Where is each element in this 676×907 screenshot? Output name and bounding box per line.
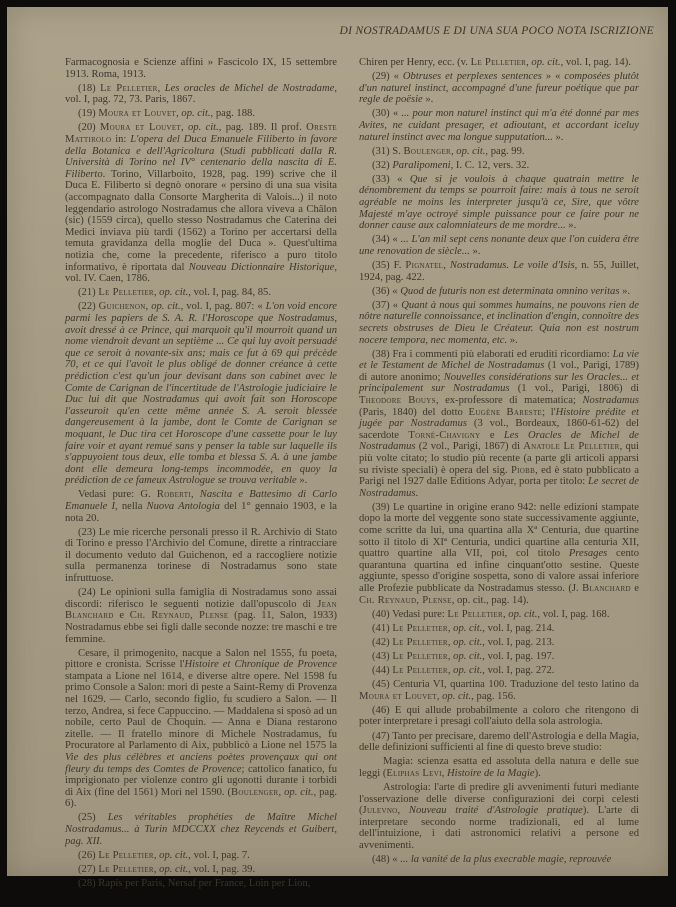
- text: Vedasi pure: G.: [78, 489, 157, 500]
- text: » «: [542, 71, 565, 82]
- author-name: Le Pelletier: [392, 637, 448, 648]
- text: (21): [78, 287, 98, 298]
- italic-text: Quod de futuris non est determinata omni…: [400, 286, 619, 297]
- footnote: (40) Vedasi pure: Le Pelletier, op. cit.…: [359, 609, 639, 621]
- italic-text: op. cit.: [453, 665, 482, 676]
- author-name: Le Pelletier: [392, 665, 448, 676]
- text: . Torino, Villarboito, 1928, pag. 199) s…: [65, 169, 337, 273]
- text: ,: [191, 489, 200, 500]
- footnote: (42) Le Pelletier, op. cit., vol. I, pag…: [359, 637, 639, 649]
- footnote: (23) Le mie ricerche personali presso il…: [65, 527, 337, 585]
- text: Farmacognosia e Scienze affini » Fascico…: [65, 57, 337, 80]
- footnote: (19) Moura et Louvet, op. cit., pag. 188…: [65, 108, 337, 120]
- author-name: Boulenger: [231, 787, 278, 798]
- author-name: Ch. Reynaud, Plense: [359, 595, 452, 606]
- running-head: Di Nostradamus e di una sua poco nota is…: [340, 25, 654, 37]
- author-name: Le Pelletier: [392, 651, 448, 662]
- text: (36) «: [372, 286, 400, 297]
- footnote: Magia: scienza esatta ed assoluta della …: [359, 756, 639, 779]
- text: ».: [553, 132, 564, 143]
- text: , nella: [115, 501, 147, 512]
- author-name: Eliphas Levi: [386, 768, 441, 779]
- text: (24) Le opinioni sulla famiglia di Nostr…: [65, 587, 337, 610]
- text: (32): [372, 160, 392, 171]
- text: (2 vol., Parigi, 1867) di: [416, 441, 524, 452]
- italic-text: op. cit.: [453, 637, 482, 648]
- footnote: (48) « ... la vanité de la plus execrabl…: [359, 854, 639, 866]
- author-name: Moura et Louvet: [359, 691, 437, 702]
- footnote: (20) Moura et Louvet, op. cit., pag. 189…: [65, 122, 337, 284]
- text: e: [631, 583, 639, 594]
- footnotes-right-column: Chiren per Henry, ecc. (v. Le Pelletier,…: [359, 57, 639, 868]
- italic-text: ... la vanité de la plus execrable magie…: [400, 854, 611, 865]
- footnote: (31) S. Boulenger, op. cit., pag. 99.: [359, 146, 639, 158]
- italic-text: Histoire de la Magie: [447, 768, 535, 779]
- text: ).: [535, 768, 541, 779]
- italic-text: Les oracles de Michel de Nostradame: [165, 83, 335, 94]
- text: , I. C. 12, vers. 32.: [451, 160, 530, 171]
- italic-text: op. cit.: [508, 609, 537, 620]
- author-name: Le Pelletier: [392, 623, 448, 634]
- text: (31) S.: [372, 146, 404, 157]
- text: ».: [470, 246, 481, 257]
- author-name: Le Pelletier: [447, 609, 503, 620]
- text: ».: [423, 94, 434, 105]
- text: , op. cit., pag. 14).: [452, 595, 529, 606]
- text: (30) «: [372, 108, 401, 119]
- text: (: [214, 146, 223, 157]
- footnote: (47) Tanto per precisare, daremo dell'As…: [359, 731, 639, 754]
- footnote: (44) Le Pelletier, op. cit., vol. I, pag…: [359, 665, 639, 677]
- text: (37) «: [372, 300, 401, 311]
- text: , vol. I, pag. 272.: [482, 665, 554, 676]
- text: in:: [111, 134, 130, 145]
- italic-text: ... L'an mil sept cens nonante deux que …: [359, 234, 639, 257]
- text: , vol. I, pag. 214.: [482, 623, 554, 634]
- footnote: (33) « Que si je voulois à chaque quatra…: [359, 174, 639, 232]
- author-name: Le Pelletier: [98, 287, 154, 298]
- text: (20): [78, 122, 100, 133]
- text: (Paris, 1840) del dotto: [359, 407, 469, 418]
- author-name: Boulenger: [404, 146, 451, 157]
- text: (35) F.: [372, 260, 405, 271]
- text: (18): [78, 83, 100, 94]
- text: , pag. 188.: [211, 108, 255, 119]
- text: (29) «: [372, 71, 403, 82]
- italic-text: op. cit.: [159, 850, 188, 861]
- text: (44): [372, 665, 392, 676]
- text: (19): [78, 108, 98, 119]
- text: , pag. 156.: [471, 691, 515, 702]
- text: , ex-professore di matematica;: [436, 395, 583, 406]
- author-name: Roberti: [157, 489, 191, 500]
- footnote: (25) Les véritables prophéties de Maître…: [65, 812, 337, 847]
- text: , vol. I, pag. 14).: [561, 57, 631, 68]
- footnote: Cesare, il primogenito, nacque a Salon n…: [65, 648, 337, 810]
- text: (38) Fra i commenti più elaborati ed eru…: [372, 349, 613, 360]
- author-name: Le Pelletier: [471, 57, 527, 68]
- footnote: (36) « Quod de futuris non est determina…: [359, 286, 639, 298]
- italic-text: Paralipomeni: [392, 160, 450, 171]
- author-name: Le Pelletier: [100, 83, 157, 94]
- text: , vol. I, pag. 84, 85.: [188, 287, 271, 298]
- footnote: (29) « Obtruses et perplexes sentences »…: [359, 71, 639, 106]
- text: ,: [181, 122, 188, 133]
- italic-text: Presages: [569, 548, 607, 559]
- footnote: (35) F. Pignatel, Nostradamus. Le voile …: [359, 260, 639, 283]
- footnote: Farmacognosia e Scienze affini » Fascico…: [65, 57, 337, 80]
- author-name: Ch. Reynaud, Plense: [130, 610, 229, 621]
- italic-text: Nuova Antologia: [147, 501, 220, 512]
- italic-text: Nostradamus. Le voile d'Isis: [450, 260, 575, 271]
- footnote: (27) Le Pelletier, op. cit., vol. I, pag…: [65, 864, 337, 876]
- text: , vol. I, pag. 7.: [188, 850, 250, 861]
- text: , pag. 99.: [485, 146, 524, 157]
- text: (46) E qui allude probabilmente a coloro…: [359, 705, 639, 728]
- author-name: Moura et Louvet: [100, 122, 181, 133]
- italic-text: op. cit.: [453, 651, 482, 662]
- text: (33) «: [372, 174, 410, 185]
- footnote: (34) « ... L'an mil sept cens nonante de…: [359, 234, 639, 257]
- italic-text: op. cit.: [453, 623, 482, 634]
- author-name: Theodore Bouys: [359, 395, 436, 406]
- author-name: Eugène Bareste: [469, 407, 543, 418]
- text: , vol. I, pag. 39.: [188, 864, 255, 875]
- text: (28) Rapis per Paris, Nersaf per France,…: [78, 878, 310, 889]
- italic-text: L'on void encore parmi les papiers de S.…: [65, 301, 337, 486]
- text: ,: [398, 805, 409, 816]
- author-name: Julevno: [363, 805, 398, 816]
- italic-text: ... pour mon naturel instinct qui m'a ét…: [359, 108, 639, 142]
- footnote: (37) « Quant à nous qui sommes humains, …: [359, 300, 639, 346]
- italic-text: op. cit.: [531, 57, 560, 68]
- text: .: [416, 488, 419, 499]
- footnote: Chiren per Henry, ecc. (v. Le Pelletier,…: [359, 57, 639, 69]
- italic-text: op. cit.: [456, 146, 485, 157]
- italic-text: Histoire et Chronique de Provence: [184, 659, 337, 670]
- italic-text: op. cit.: [159, 287, 188, 298]
- text: stampata a Lione nel 1614, e diverse alt…: [65, 671, 337, 752]
- text: (45) Centuria VI, quartina 100. Traduzio…: [372, 679, 639, 690]
- text: , vol. I, pag. 168.: [537, 609, 609, 620]
- text: (1 vol., Parigi, 1806) di: [510, 383, 639, 394]
- text: ».: [566, 220, 577, 231]
- text: (48) «: [372, 854, 400, 865]
- text: (26): [78, 850, 98, 861]
- footnote: (21) Le Pelletier, op. cit., vol. I, pag…: [65, 287, 337, 299]
- italic-text: op. cit.: [442, 691, 471, 702]
- footnote: (38) Fra i commenti più elaborati ed eru…: [359, 349, 639, 500]
- footnote: (45) Centuria VI, quartina 100. Traduzio…: [359, 679, 639, 702]
- text: ; l': [542, 407, 555, 418]
- text: ».: [619, 286, 630, 297]
- footnote: (46) E qui allude probabilmente a coloro…: [359, 705, 639, 728]
- text: e: [480, 430, 503, 441]
- text: ,: [443, 260, 450, 271]
- footnote: (28) Rapis per Paris, Nersaf per France,…: [65, 878, 337, 890]
- text: ,: [158, 83, 165, 94]
- text: (43): [372, 651, 392, 662]
- author-name: Le Pelletier: [98, 850, 154, 861]
- text: (25): [78, 812, 108, 823]
- author-name: Pignatel: [405, 260, 443, 271]
- text: , vol. I, pag. 213.: [482, 637, 554, 648]
- author-name: Blanchard: [582, 583, 631, 594]
- text: (22): [78, 301, 99, 312]
- text: e: [114, 610, 130, 621]
- text: (23) Le mie ricerche personali presso il…: [65, 527, 337, 584]
- author-name: Anatole Le Pelletier: [523, 441, 619, 452]
- italic-text: op. cit.: [151, 301, 180, 312]
- footnote: Vedasi pure: G. Roberti, Nascita e Batte…: [65, 489, 337, 524]
- italic-text: op. cit.: [188, 122, 219, 133]
- footnote: (43) Le Pelletier, op. cit., vol. I, pag…: [359, 651, 639, 663]
- footnote: (24) Le opinioni sulla famiglia di Nostr…: [65, 587, 337, 645]
- footnote: (18) Le Pelletier, Les oracles de Michel…: [65, 83, 337, 106]
- text: (47) Tanto per precisare, daremo dell'As…: [359, 731, 639, 754]
- footnotes-left-column: Farmacognosia e Scienze affini » Fascico…: [65, 57, 337, 892]
- text: (27): [78, 864, 98, 875]
- italic-text: Nouveau Dictionnaire Historique: [189, 262, 335, 273]
- italic-text: Nostradamus: [582, 395, 639, 406]
- text: (42): [372, 637, 392, 648]
- footnote: (30) « ... pour mon naturel instinct qui…: [359, 108, 639, 143]
- text: , vol. I, pag. 807: «: [181, 301, 266, 312]
- text: (41): [372, 623, 392, 634]
- author-name: Guichenon: [99, 301, 146, 312]
- text: (40) Vedasi pure:: [372, 609, 447, 620]
- italic-text: op. cit.: [284, 787, 313, 798]
- book-page: Di Nostradamus e di una sua poco nota is…: [7, 7, 668, 876]
- footnote: (41) Le Pelletier, op. cit., vol. I, pag…: [359, 623, 639, 635]
- author-name: Torné-Chavigny: [408, 430, 480, 441]
- italic-text: Obtruses et perplexes sentences: [403, 71, 542, 82]
- author-name: Le Pelletier: [98, 864, 154, 875]
- footnote: (22) Guichenon, op. cit., vol. I, pag. 8…: [65, 301, 337, 487]
- italic-text: op. cit.: [159, 864, 188, 875]
- footnote: Astrologia: l'arte di predire gli avveni…: [359, 782, 639, 852]
- footnote: (26) Le Pelletier, op. cit., vol. I, pag…: [65, 850, 337, 862]
- text: Chiren per Henry, ecc. (v.: [359, 57, 471, 68]
- text: (34) «: [372, 234, 401, 245]
- author-name: Moura et Louvet: [98, 108, 176, 119]
- text: , vol. I, pag. 197.: [482, 651, 554, 662]
- footnote: (32) Paralipomeni, I. C. 12, vers. 32.: [359, 160, 639, 172]
- italic-text: Quant à nous qui sommes humains, ne pouv…: [359, 300, 639, 346]
- author-name: Piobb: [511, 465, 535, 476]
- text: ».: [507, 335, 518, 346]
- text: ».: [297, 475, 308, 486]
- italic-text: Nouveau traité d'Astrologie pratique: [409, 805, 583, 816]
- footnote: (39) Le quartine in origine erano 942: n…: [359, 502, 639, 606]
- text: , pag. 189. Il prof.: [219, 122, 306, 133]
- italic-text: op. cit.: [181, 108, 210, 119]
